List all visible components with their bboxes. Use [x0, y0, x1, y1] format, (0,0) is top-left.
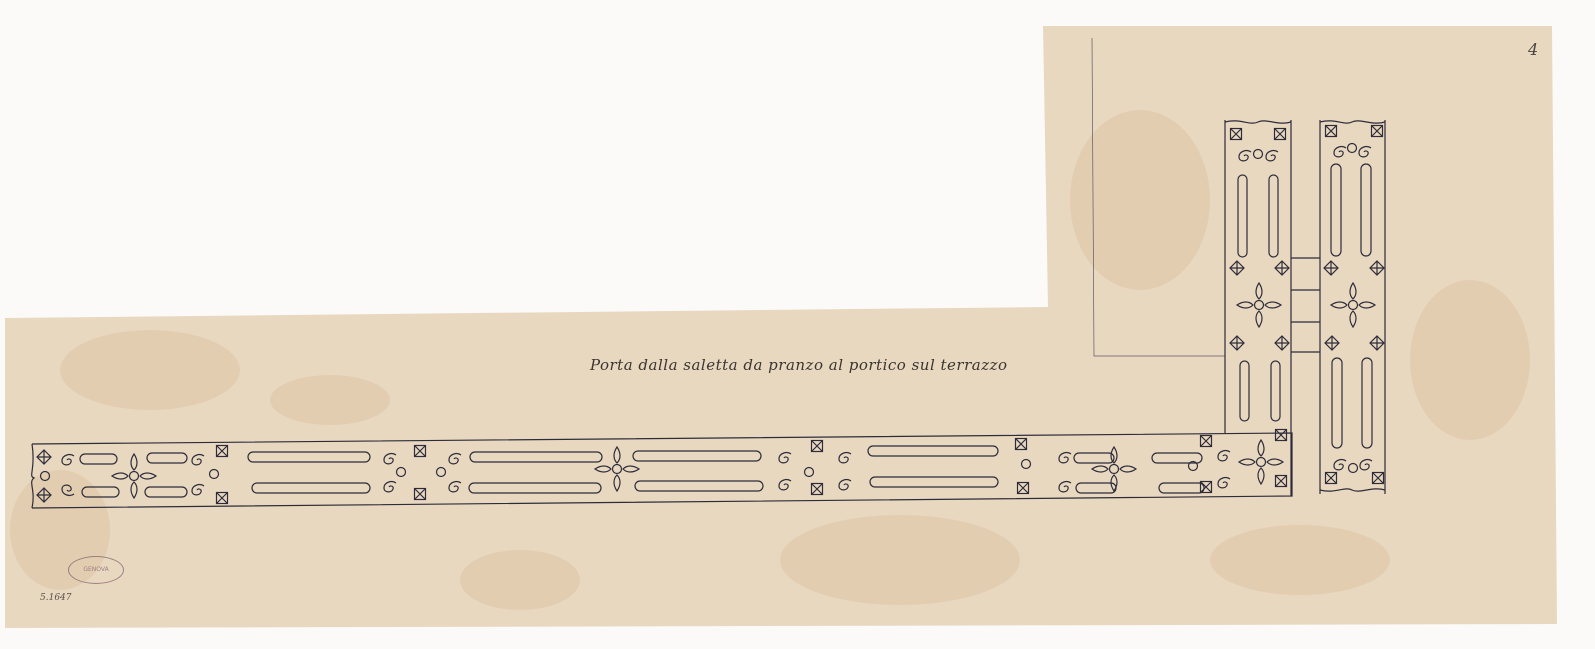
drawing-sheet: Porta dalla saletta da pranzo al portico… [0, 0, 1595, 649]
archive-stamp: GENOVA [68, 556, 124, 584]
page-number: 4 [1528, 40, 1538, 59]
drawing-caption: Porta dalla saletta da pranzo al portico… [590, 356, 1008, 374]
ornamental-frame-drawing [0, 0, 1595, 649]
inventory-mark: 5.1647 [40, 593, 72, 603]
